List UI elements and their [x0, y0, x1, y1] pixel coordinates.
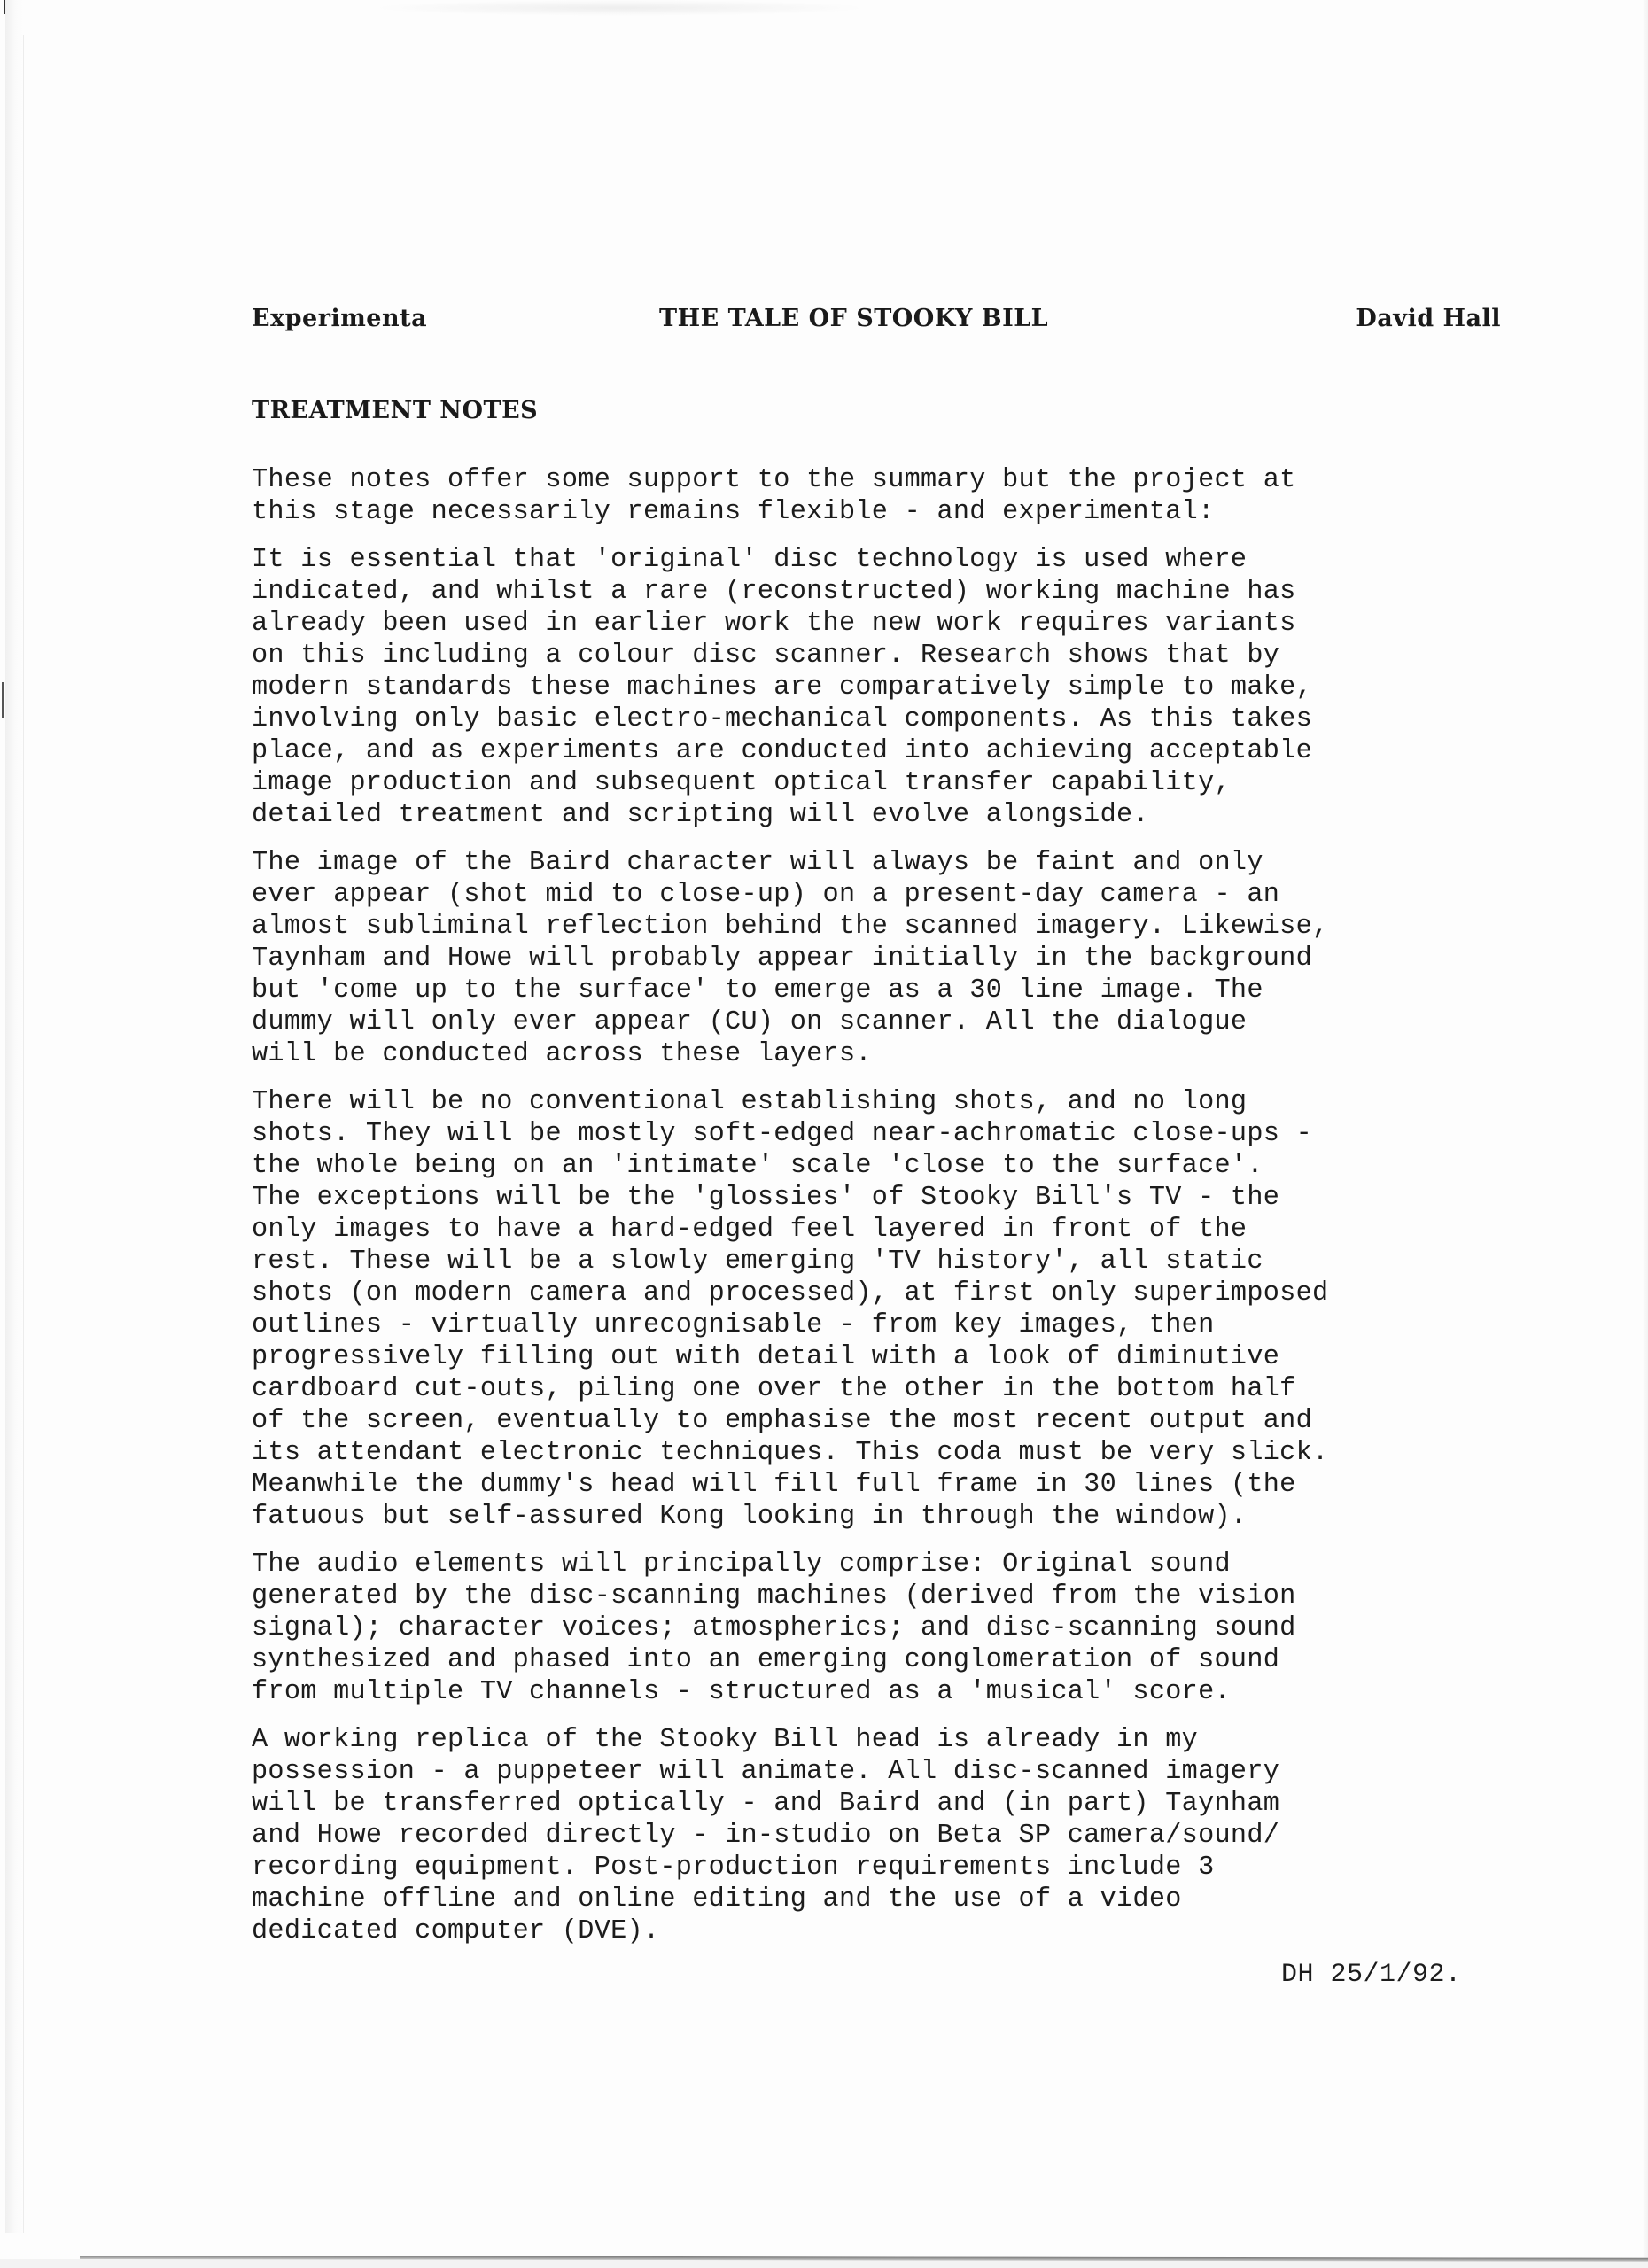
- text-line: but 'come up to the surface' to emerge a…: [252, 975, 1545, 1006]
- text-line: dummy will only ever appear (CU) on scan…: [252, 1006, 1545, 1038]
- text-line: from multiple TV channels - structured a…: [252, 1676, 1545, 1708]
- text-line: recording equipment. Post-production req…: [252, 1852, 1545, 1884]
- text-line: only images to have a hard-edged feel la…: [252, 1214, 1545, 1246]
- text-line: on this including a colour disc scanner.…: [252, 640, 1545, 672]
- text-line: rest. These will be a slowly emerging 'T…: [252, 1246, 1545, 1278]
- paragraph: A working replica of the Stooky Bill hea…: [252, 1724, 1545, 1947]
- text-line: signal); character voices; atmospherics;…: [252, 1612, 1545, 1644]
- header-organization: Experimenta: [252, 305, 427, 332]
- text-line: shots (on modern camera and processed), …: [252, 1278, 1545, 1309]
- text-line: its attendant electronic techniques. Thi…: [252, 1437, 1545, 1469]
- text-line: possession - a puppeteer will animate. A…: [252, 1756, 1545, 1788]
- text-line: It is essential that 'original' disc tec…: [252, 544, 1545, 576]
- text-line: indicated, and whilst a rare (reconstruc…: [252, 576, 1545, 608]
- paragraph: These notes offer some support to the su…: [252, 464, 1545, 528]
- scan-edge-shadow: [1643, 0, 1648, 2259]
- text-line: dedicated computer (DVE).: [252, 1915, 1545, 1947]
- paragraph: It is essential that 'original' disc tec…: [252, 544, 1545, 831]
- scan-mark: [4, 0, 5, 14]
- scan-mark: [2, 682, 4, 718]
- document-header: Experimenta THE TALE OF STOOKY BILL Davi…: [252, 305, 1501, 340]
- text-line: modern standards these machines are comp…: [252, 672, 1545, 703]
- text-line: machine offline and online editing and t…: [252, 1884, 1545, 1915]
- signature-date: DH 25/1/92.: [1281, 1960, 1462, 1990]
- text-line: The exceptions will be the 'glossies' of…: [252, 1182, 1545, 1214]
- text-line: progressively filling out with detail wi…: [252, 1341, 1545, 1373]
- text-line: place, and as experiments are conducted …: [252, 735, 1545, 767]
- text-line: and Howe recorded directly - in-studio o…: [252, 1820, 1545, 1852]
- header-title: THE TALE OF STOOKY BILL: [659, 305, 1048, 332]
- scan-edge-shadow: [5, 0, 23, 2233]
- text-line: of the screen, eventually to emphasise t…: [252, 1405, 1545, 1437]
- header-author: David Hall: [1356, 305, 1501, 332]
- text-line: cardboard cut-outs, piling one over the …: [252, 1373, 1545, 1405]
- scan-edge-line: [23, 35, 24, 2233]
- text-line: The audio elements will principally comp…: [252, 1549, 1545, 1581]
- text-line: ever appear (shot mid to close-up) on a …: [252, 879, 1545, 911]
- text-line: There will be no conventional establishi…: [252, 1086, 1545, 1118]
- paragraph: The audio elements will principally comp…: [252, 1549, 1545, 1708]
- text-line: this stage necessarily remains flexible …: [252, 496, 1545, 528]
- section-title: TREATMENT NOTES: [252, 397, 538, 424]
- document-body: These notes offer some support to the su…: [252, 464, 1545, 1963]
- scan-smudge: [372, 0, 868, 16]
- text-line: will be conducted across these layers.: [252, 1038, 1545, 1070]
- text-line: the whole being on an 'intimate' scale '…: [252, 1150, 1545, 1182]
- text-line: detailed treatment and scripting will ev…: [252, 799, 1545, 831]
- text-line: almost subliminal reflection behind the …: [252, 911, 1545, 943]
- text-line: synthesized and phased into an emerging …: [252, 1644, 1545, 1676]
- paragraph: There will be no conventional establishi…: [252, 1086, 1545, 1533]
- text-line: Taynham and Howe will probably appear in…: [252, 943, 1545, 975]
- document-page: Experimenta THE TALE OF STOOKY BILL Davi…: [0, 0, 1648, 2268]
- text-line: A working replica of the Stooky Bill hea…: [252, 1724, 1545, 1756]
- text-line: already been used in earlier work the ne…: [252, 608, 1545, 640]
- text-line: generated by the disc-scanning machines …: [252, 1581, 1545, 1612]
- text-line: These notes offer some support to the su…: [252, 464, 1545, 496]
- text-line: shots. They will be mostly soft-edged ne…: [252, 1118, 1545, 1150]
- text-line: outlines - virtually unrecognisable - fr…: [252, 1309, 1545, 1341]
- text-line: fatuous but self-assured Kong looking in…: [252, 1501, 1545, 1533]
- paragraph: The image of the Baird character will al…: [252, 847, 1545, 1070]
- text-line: involving only basic electro-mechanical …: [252, 703, 1545, 735]
- text-line: will be transferred optically - and Bair…: [252, 1788, 1545, 1820]
- text-line: image production and subsequent optical …: [252, 767, 1545, 799]
- text-line: Meanwhile the dummy's head will fill ful…: [252, 1469, 1545, 1501]
- text-line: The image of the Baird character will al…: [252, 847, 1545, 879]
